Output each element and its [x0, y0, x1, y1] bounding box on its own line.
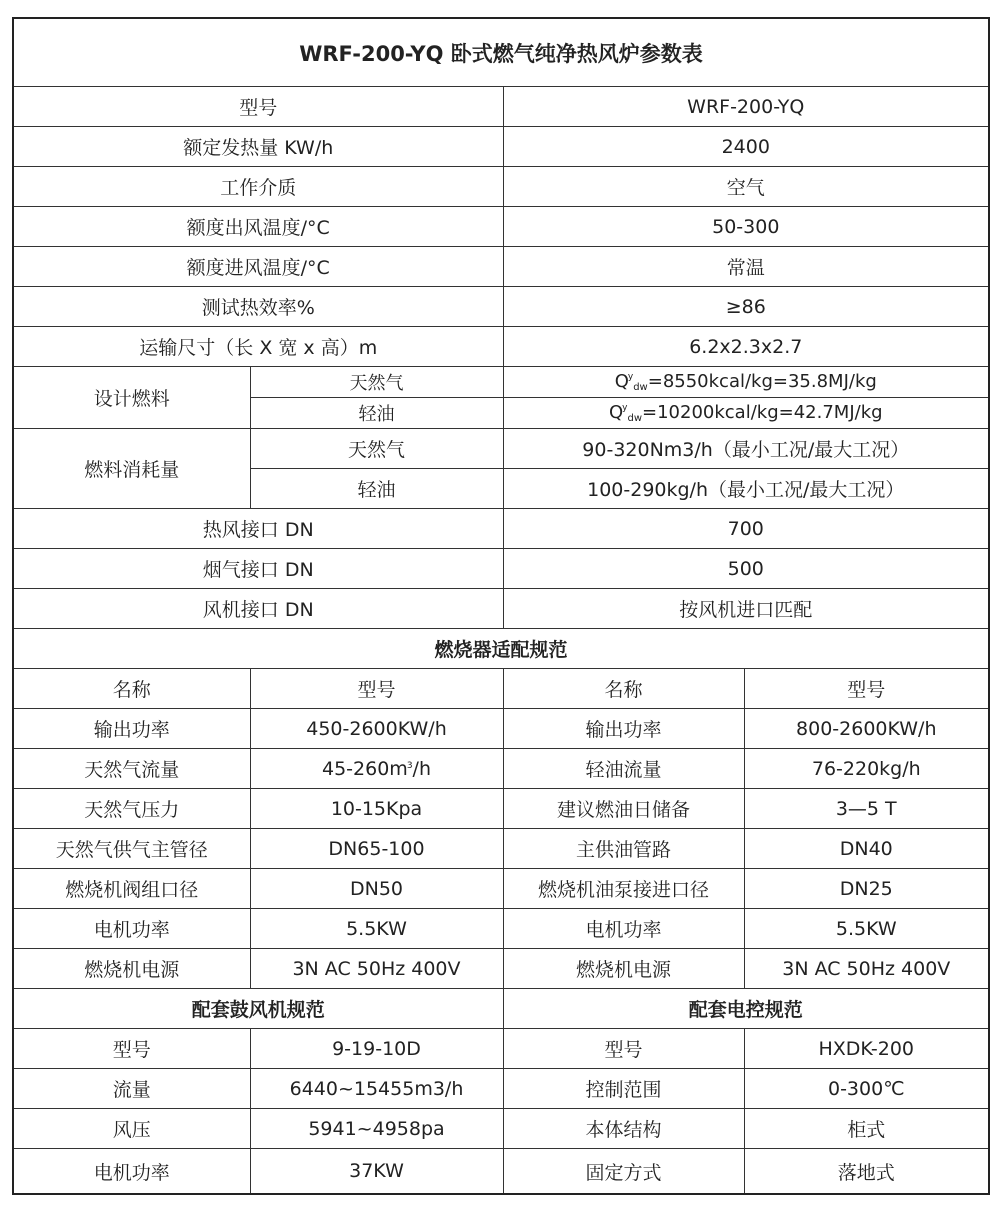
table-row: 燃烧机电源 3N AC 50Hz 400V 燃烧机电源 3N AC 50Hz 4… — [13, 949, 989, 989]
q-subscript: dw — [627, 413, 642, 424]
table-row: 燃料消耗量 天然气 90-320Nm3/h（最小工况/最大工况） — [13, 429, 989, 469]
column-header: 型号 — [250, 669, 503, 709]
param-label: 工作介质 — [13, 167, 503, 207]
cell: 柜式 — [744, 1109, 989, 1149]
cell: 天然气供气主管径 — [13, 829, 250, 869]
cell: 电机功率 — [13, 909, 250, 949]
q-symbol: Q — [615, 371, 629, 392]
section-header-row: 配套鼓风机规范 配套电控规范 — [13, 989, 989, 1029]
fuel-type: 轻油 — [250, 469, 503, 509]
cell: 450-2600KW/h — [250, 709, 503, 749]
column-header-row: 名称 型号 名称 型号 — [13, 669, 989, 709]
cell: DN40 — [744, 829, 989, 869]
cell: 天然气压力 — [13, 789, 250, 829]
cell: 3—5 T — [744, 789, 989, 829]
param-label: 烟气接口 DN — [13, 549, 503, 589]
fuel-type: 天然气 — [250, 429, 503, 469]
table-row: 天然气供气主管径 DN65-100 主供油管路 DN40 — [13, 829, 989, 869]
cell: HXDK-200 — [744, 1029, 989, 1069]
param-value: 6.2x2.3x2.7 — [503, 327, 989, 367]
gas-flow-value: 45-260m — [322, 758, 408, 780]
cell: 5.5KW — [250, 909, 503, 949]
q-superscript: y — [628, 372, 633, 382]
cell: 流量 — [13, 1069, 250, 1109]
cell: 燃烧机电源 — [13, 949, 250, 989]
fuel-type: 天然气 — [250, 367, 503, 398]
fuel-heat-value: Qydw=8550kcal/kg=35.8MJ/kg — [503, 367, 989, 398]
cell: 落地式 — [744, 1149, 989, 1195]
table-title: WRF-200-YQ 卧式燃气纯净热风炉参数表 — [13, 18, 989, 87]
table-row: 工作介质 空气 — [13, 167, 989, 207]
cell: 本体结构 — [503, 1109, 744, 1149]
cell: 76-220kg/h — [744, 749, 989, 789]
cell: 0-300℃ — [744, 1069, 989, 1109]
column-header: 名称 — [13, 669, 250, 709]
cell: 37KW — [250, 1149, 503, 1195]
table-row: 烟气接口 DN 500 — [13, 549, 989, 589]
cell: 电机功率 — [503, 909, 744, 949]
table-row: 运输尺寸（长 X 宽 x 高）m 6.2x2.3x2.7 — [13, 327, 989, 367]
heat-value-text: =10200kcal/kg=42.7MJ/kg — [642, 402, 883, 423]
table-row: 风压 5941~4958pa 本体结构 柜式 — [13, 1109, 989, 1149]
table-row: 额度出风温度/°C 50-300 — [13, 207, 989, 247]
cell: 电机功率 — [13, 1149, 250, 1195]
table-row: 电机功率 37KW 固定方式 落地式 — [13, 1149, 989, 1195]
table-row: 设计燃料 天然气 Qydw=8550kcal/kg=35.8MJ/kg — [13, 367, 989, 398]
cell: 5.5KW — [744, 909, 989, 949]
cell: 5941~4958pa — [250, 1109, 503, 1149]
param-label: 热风接口 DN — [13, 509, 503, 549]
table-row: 额定发热量 KW/h 2400 — [13, 127, 989, 167]
cell: 45-260m3/h — [250, 749, 503, 789]
fan-section-title: 配套鼓风机规范 — [13, 989, 503, 1029]
cell: 800-2600KW/h — [744, 709, 989, 749]
heat-value-text: =8550kcal/kg=35.8MJ/kg — [648, 371, 877, 392]
cell: DN50 — [250, 869, 503, 909]
fuel-consumption-label: 燃料消耗量 — [13, 429, 250, 509]
cell: 建议燃油日储备 — [503, 789, 744, 829]
param-value: 常温 — [503, 247, 989, 287]
param-value: ≥86 — [503, 287, 989, 327]
column-header: 型号 — [744, 669, 989, 709]
parameter-table: WRF-200-YQ 卧式燃气纯净热风炉参数表 型号 WRF-200-YQ 额定… — [12, 17, 990, 1195]
param-label: 测试热效率% — [13, 287, 503, 327]
cell: 燃烧机油泵接进口径 — [503, 869, 744, 909]
param-value: 500 — [503, 549, 989, 589]
param-label: 额定发热量 KW/h — [13, 127, 503, 167]
cell: 9-19-10D — [250, 1029, 503, 1069]
param-value: 50-300 — [503, 207, 989, 247]
cell: 风压 — [13, 1109, 250, 1149]
cell: DN65-100 — [250, 829, 503, 869]
param-value: WRF-200-YQ — [503, 87, 989, 127]
cell: 燃烧机电源 — [503, 949, 744, 989]
cell: 型号 — [503, 1029, 744, 1069]
consumption-value: 90-320Nm3/h（最小工况/最大工况） — [503, 429, 989, 469]
cell: 型号 — [13, 1029, 250, 1069]
cell: 燃烧机阀组口径 — [13, 869, 250, 909]
cell: 主供油管路 — [503, 829, 744, 869]
fuel-heat-value: Qydw=10200kcal/kg=42.7MJ/kg — [503, 398, 989, 429]
cell: 10-15Kpa — [250, 789, 503, 829]
cell: 输出功率 — [503, 709, 744, 749]
table-row: 天然气流量 45-260m3/h 轻油流量 76-220kg/h — [13, 749, 989, 789]
table-row: 风机接口 DN 按风机进口匹配 — [13, 589, 989, 629]
param-value: 按风机进口匹配 — [503, 589, 989, 629]
param-label: 额度出风温度/°C — [13, 207, 503, 247]
cell: DN25 — [744, 869, 989, 909]
param-value: 2400 — [503, 127, 989, 167]
control-section-title: 配套电控规范 — [503, 989, 989, 1029]
consumption-value: 100-290kg/h（最小工况/最大工况） — [503, 469, 989, 509]
param-label: 运输尺寸（长 X 宽 x 高）m — [13, 327, 503, 367]
table-row: 燃烧机阀组口径 DN50 燃烧机油泵接进口径 DN25 — [13, 869, 989, 909]
param-value: 空气 — [503, 167, 989, 207]
cell: 输出功率 — [13, 709, 250, 749]
q-superscript: y — [622, 403, 627, 413]
cell: 3N AC 50Hz 400V — [250, 949, 503, 989]
cell: 固定方式 — [503, 1149, 744, 1195]
gas-flow-suffix: /h — [413, 758, 431, 780]
table-row: 电机功率 5.5KW 电机功率 5.5KW — [13, 909, 989, 949]
q-subscript: dw — [633, 382, 648, 393]
table-row: 天然气压力 10-15Kpa 建议燃油日储备 3—5 T — [13, 789, 989, 829]
param-value: 700 — [503, 509, 989, 549]
table-row: 流量 6440~15455m3/h 控制范围 0-300℃ — [13, 1069, 989, 1109]
burner-section-title: 燃烧器适配规范 — [13, 629, 989, 669]
cell: 天然气流量 — [13, 749, 250, 789]
cell: 6440~15455m3/h — [250, 1069, 503, 1109]
design-fuel-label: 设计燃料 — [13, 367, 250, 429]
table-row: 测试热效率% ≥86 — [13, 287, 989, 327]
cell: 3N AC 50Hz 400V — [744, 949, 989, 989]
param-label: 风机接口 DN — [13, 589, 503, 629]
table-title-row: WRF-200-YQ 卧式燃气纯净热风炉参数表 — [13, 18, 989, 87]
fuel-type: 轻油 — [250, 398, 503, 429]
cell: 控制范围 — [503, 1069, 744, 1109]
cell: 轻油流量 — [503, 749, 744, 789]
section-header-row: 燃烧器适配规范 — [13, 629, 989, 669]
param-label: 型号 — [13, 87, 503, 127]
table-row: 型号 WRF-200-YQ — [13, 87, 989, 127]
column-header: 名称 — [503, 669, 744, 709]
table-row: 额度进风温度/°C 常温 — [13, 247, 989, 287]
table-row: 热风接口 DN 700 — [13, 509, 989, 549]
param-label: 额度进风温度/°C — [13, 247, 503, 287]
table-row: 型号 9-19-10D 型号 HXDK-200 — [13, 1029, 989, 1069]
table-row: 输出功率 450-2600KW/h 输出功率 800-2600KW/h — [13, 709, 989, 749]
